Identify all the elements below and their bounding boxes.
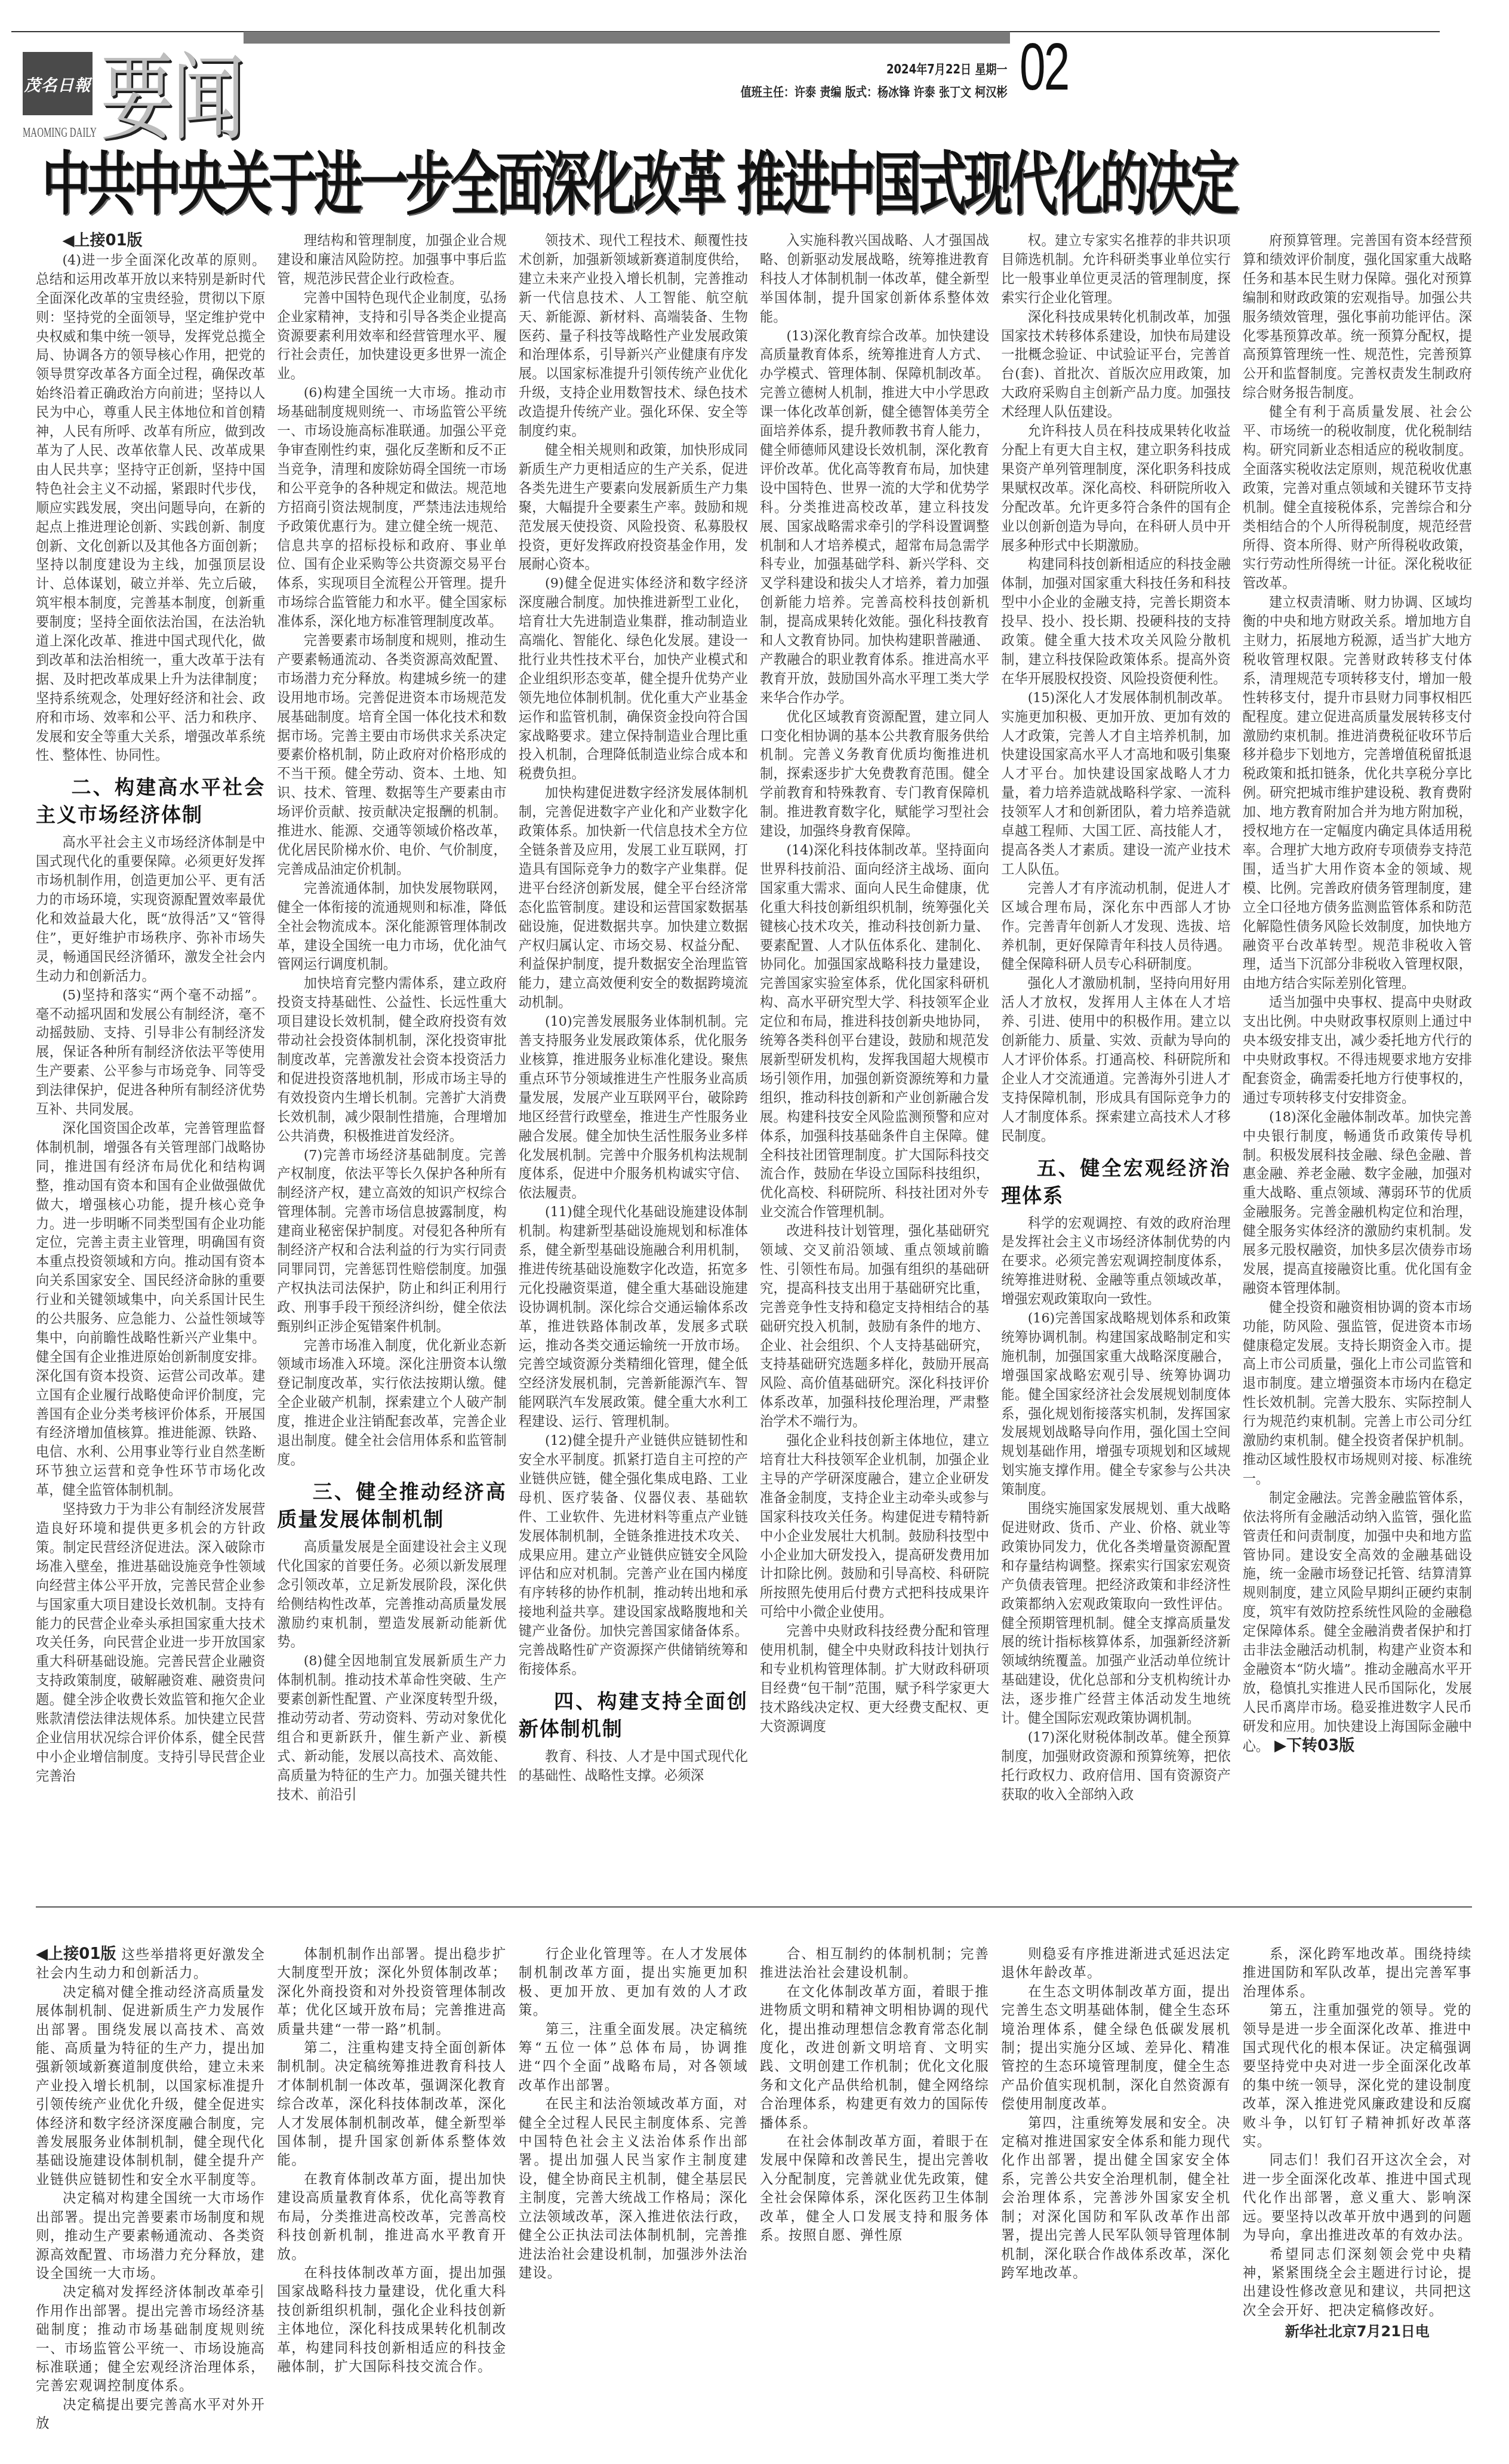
paragraph: 教育、科技、人才是中国式现代化的基础性、战略性支撑。必须深 [519, 1748, 748, 1786]
logo-english-name: MAOMING DAILY [23, 125, 93, 141]
paragraph: 科学的宏观调控、有效的政府治理是发挥社会主义市场经济体制优势的内在要求。必须完善… [1001, 1214, 1230, 1310]
paragraph-text: 加快构建促进数字经济发展体制机制，完善促进数字产业化和产业数字化政策体系。加快新… [519, 785, 748, 1010]
paragraph-text: 适当加强中央事权、提高中央财政支出比例。中央财政事权原则上通过中央本级安排支出，… [1243, 995, 1472, 1106]
paragraph-text: (5)坚持和落实“两个毫不动摇”。毫不动摇巩固和发展公有制经济，毫不动摇鼓励、支… [36, 988, 265, 1117]
paragraph-text: 权。建立专家实名推荐的非共识项目筛选机制。允许科研类事业单位实行比一般事业单位更… [1001, 233, 1230, 306]
paragraph: 系，深化跨军地改革。围绕持续推进国防和军队改革，提出完善军事治理体系。 [1243, 1945, 1472, 2001]
paragraph: 希望同志们深刻领会党中央精神，紧紧围绕全会主题进行讨论，提出建设性修改意见和建议… [1243, 2245, 1472, 2321]
paragraph: (11)健全现代化基础设施建设体制机制。构建新型基础设施规划和标准体系，健全新型… [519, 1203, 748, 1432]
paragraph-text: 合、相互制约的体制机制；完善推进法治社会建设机制。 [760, 1946, 989, 1980]
paragraph: (6)构建全国统一大市场。推动市场基础制度规则统一、市场监管公平统一、市场设施高… [277, 384, 506, 632]
paragraph-text: 允许科技人员在科技成果转化收益分配上有更大自主权，建立职务科技成果资产单列管理制… [1001, 423, 1230, 553]
issue-date: 2024年7月22日 星期一 [886, 60, 1008, 78]
paragraph: 在生态文明体制改革方面，提出完善生态文明基础体制，健全生态环境治理体系，健全绿色… [1001, 1983, 1230, 2114]
paragraph: 在教育体制改革方面，提出加快建设高质量教育体系，优化高等教育布局，分类推进高校改… [277, 2170, 506, 2264]
paragraph: 完善市场准入制度，优化新业态新领域市场准入环境。深化注册资本认缴登记制度改革，实… [277, 1337, 506, 1470]
paragraph: 决定稿对健全推动经济高质量发展体制机制、促进新质生产力发展作出部署。围绕发展以高… [36, 1983, 265, 2189]
paragraph-text: 完善中国特色现代企业制度，弘扬企业家精神，支持和引导各类企业提高资源要素利用效率… [277, 290, 506, 382]
paragraph: 完善人才有序流动机制，促进人才区域合理布局，深化东中西部人才协作。完善青年创新人… [1001, 879, 1230, 975]
paragraph: (7)完善市场经济基础制度。完善产权制度，依法平等长久保护各种所有制经济产权，建… [277, 1146, 506, 1337]
masthead-gray-bar [244, 32, 1010, 44]
paragraph: 允许科技人员在科技成果转化收益分配上有更大自主权，建立职务科技成果资产单列管理制… [1001, 422, 1230, 555]
paragraph: (10)完善发展服务业体制机制。完善支持服务业发展政策体系，优化服务业核算，推进… [519, 1013, 748, 1203]
paragraph-text: 建立权责清晰、财力协调、区域均衡的中央和地方财政关系。增加地方自主财力，拓展地方… [1243, 595, 1472, 991]
paragraph-text: 行企业化管理等。在人才发展体制机制改革方面，提出实施更加积极、更加开放、更加有效… [519, 1946, 748, 2018]
paragraph: 在民主和法治领域改革方面，对健全全过程人民民主制度体系、完善中国特色社会主义法治… [519, 2095, 748, 2282]
paragraph: 加快培育完整内需体系，建立政府投资支持基础性、公益性、长远性重大项目建设长效机制… [277, 974, 506, 1146]
section-title: 要闻 [100, 45, 243, 152]
paragraph: 第三，注重全面发展。决定稿统筹“五位一体”总体布局，协调推进“四个全面”战略布局… [519, 2020, 748, 2096]
paragraph: 在科技体制改革方面，提出加强国家战略科技力量建设，优化重大科技创新组织机制，强化… [277, 2264, 506, 2376]
paragraph-text: (9)健全促进实体经济和数字经济深度融合制度。加快推进新型工业化，培育壮大先进制… [519, 576, 748, 782]
paragraph-text: (18)深化金融体制改革。加快完善中央银行制度，畅通货币政策传导机制。积极发展科… [1243, 1109, 1472, 1296]
paragraph-text: (6)构建全国统一大市场。推动市场基础制度规则统一、市场监管公平统一、市场设施高… [277, 385, 506, 629]
paragraph: 健全投资和融资相协调的资本市场功能，防风险、强监管，促进资本市场健康稳定发展。支… [1243, 1299, 1472, 1489]
paragraph: 改进科技计划管理，强化基础研究领域、交叉前沿领域、重点领域前瞻性、引领性布局。加… [760, 1222, 989, 1432]
paragraph: 第二，注重构建支持全面创新体制机制。决定稿统筹推进教育科技人才体制机制一体改革，… [277, 2039, 506, 2170]
paragraph: (18)深化金融体制改革。加快完善中央银行制度，畅通货币政策传导机制。积极发展科… [1243, 1108, 1472, 1299]
paragraph-text: 完善人才有序流动机制，促进人才区域合理布局，深化东中西部人才协作。完善青年创新人… [1001, 881, 1230, 973]
paragraph-text: (10)完善发展服务业体制机制。完善支持服务业发展政策体系，优化服务业核算，推进… [519, 1014, 748, 1201]
paragraph-text: 系，深化跨军地改革。围绕持续推进国防和军队改革，提出完善军事治理体系。 [1243, 1946, 1472, 1999]
paragraph: 加快构建促进数字经济发展体制机制，完善促进数字产业化和产业数字化政策体系。加快新… [519, 784, 748, 1013]
paragraph: 入实施科教兴国战略、人才强国战略、创新驱动发展战略，统筹推进教育科技人才体制机制… [760, 232, 989, 327]
continued-from-label: ◀上接01版 [62, 232, 142, 250]
article-column: 入实施科教兴国战略、人才强国战略、创新驱动发展战略，统筹推进教育科技人才体制机制… [760, 232, 989, 1885]
paragraph: 制定金融法。完善金融监管体系，依法将所有金融活动纳入监管，强化监管责任和问责制度… [1243, 1489, 1472, 1757]
paragraph-text: 科学的宏观调控、有效的政府治理是发挥社会主义市场经济体制优势的内在要求。必须完善… [1001, 1216, 1230, 1308]
paragraph-text: 高质量发展是全面建设社会主义现代化国家的首要任务。必须以新发展理念引领改革，立足… [277, 1539, 506, 1650]
paragraph: 理结构和管理制度，加强企业合规建设和廉洁风险防控。加强事中事后监管，规范涉民营企… [277, 232, 506, 289]
continued-from-line: ◀上接01版 [36, 232, 265, 251]
article-column: 则稳妥有序推进渐进式延迟法定退休年龄改革。在生态文明体制改革方面，提出完善生态文… [1001, 1945, 1230, 2441]
paragraph-text: 完善中央财政科技经费分配和管理使用机制，健全中央财政科技计划执行和专业机构管理体… [760, 1623, 989, 1734]
paragraph: 权。建立专家实名推荐的非共识项目筛选机制。允许科研类事业单位实行比一般事业单位更… [1001, 232, 1230, 308]
paragraph: 行企业化管理等。在人才发展体制机制改革方面，提出实施更加积极、更加开放、更加有效… [519, 1945, 748, 2020]
paragraph: 优化区域教育资源配置，建立同人口变化相协调的基本公共教育服务供给机制。完善义务教… [760, 708, 989, 841]
paragraph-text: 完善流通体制，加快发展物联网，健全一体衔接的流通规则和标准，降低全社会物流成本。… [277, 881, 506, 973]
paragraph-text: 在社会体制改革方面，着眼于在发展中保障和改善民生，提出完善收入分配制度，完善就业… [760, 2134, 989, 2243]
lower-article: ◀上接01版 这些举措将更好激发全社会内生动力和创新活力。决定稿对健全推动经济高… [36, 1945, 1472, 2441]
paragraph: (13)深化教育综合改革。加快建设高质量教育体系，统筹推进育人方式、办学模式、管… [760, 327, 989, 708]
paragraph: ◀上接01版 这些举措将更好激发全社会内生动力和创新活力。 [36, 1945, 265, 1983]
paragraph: 健全有利于高质量发展、社会公平、市场统一的税收制度，优化税制结构。研究同新业态相… [1243, 403, 1472, 593]
paragraph-text: 在教育体制改革方面，提出加快建设高质量教育体系，优化高等教育布局，分类推进高校改… [277, 2171, 506, 2262]
paragraph-text: 制定金融法。完善金融监管体系，依法将所有金融活动纳入监管，强化监管责任和问责制度… [1243, 1490, 1472, 1754]
paragraph-text: 决定稿对健全推动经济高质量发展体制机制、促进新质生产力发展作出部署。围绕发展以高… [36, 1985, 265, 2188]
paragraph: 坚持致力于为非公有制经济发展营造良好环境和提供更多机会的方针政策。制定民营经济促… [36, 1500, 265, 1786]
paragraph-text: 第三，注重全面发展。决定稿统筹“五位一体”总体布局，协调推进“四个全面”战略布局… [519, 2022, 748, 2093]
paragraph: 合、相互制约的体制机制；完善推进法治社会建设机制。 [760, 1945, 989, 1983]
paragraph: (4)进一步全面深化改革的原则。总结和运用改革开放以来特别是新时代全面深化改革的… [36, 251, 265, 765]
paragraph: 府预算管理。完善国有资本经营预算和绩效评价制度，强化国家重大战略任务和基本民生财… [1243, 232, 1472, 403]
section-heading: 五、健全宏观经济治理体系 [1001, 1155, 1230, 1210]
paragraph-text: 强化人才激励机制，坚持向用好用活人才放权，发挥用人主体在人才培养、引进、使用中的… [1001, 976, 1230, 1143]
paragraph-text: 第四，注重统筹发展和安全。决定稿对推进国家安全体系和能力现代化作出部署，提出健全… [1001, 2115, 1230, 2281]
paragraph: 在社会体制改革方面，着眼于在发展中保障和改善民生，提出完善收入分配制度，完善就业… [760, 2133, 989, 2245]
continued-from-label: ◀上接01版 [36, 1945, 116, 1963]
paragraph: (5)坚持和落实“两个毫不动摇”。毫不动摇巩固和发展公有制经济，毫不动摇鼓励、支… [36, 986, 265, 1119]
paragraph: 完善流通体制，加快发展物联网，健全一体衔接的流通规则和标准，降低全社会物流成本。… [277, 879, 506, 975]
paragraph-text: 高水平社会主义市场经济体制是中国式现代化的重要保障。必须更好发挥市场机制作用，创… [36, 835, 265, 983]
paragraph: 决定稿提出要完善高水平对外开放 [36, 2396, 265, 2434]
section-heading: 三、健全推动经济高质量发展体制机制 [277, 1478, 506, 1533]
paragraph-text: 入实施科教兴国战略、人才强国战略、创新驱动发展战略，统筹推进教育科技人才体制机制… [760, 233, 989, 325]
paragraph-text: (12)健全提升产业链供应链韧性和安全水平制度。抓紧打造自主可控的产业链供应链，… [519, 1433, 748, 1677]
article-column: 理结构和管理制度，加强企业合规建设和廉洁风险防控。加强事中事后监管，规范涉民营企… [277, 232, 506, 1885]
paragraph: (16)完善国家战略规划体系和政策统筹协调机制。构建国家战略制定和实施机制，加强… [1001, 1309, 1230, 1500]
paragraph-text: 健全有利于高质量发展、社会公平、市场统一的税收制度，优化税制结构。研究同新业态相… [1243, 404, 1472, 591]
paragraph: 完善中央财政科技经费分配和管理使用机制，健全中央财政科技计划执行和专业机构管理体… [760, 1622, 989, 1736]
paragraph-text: 在科技体制改革方面，提出加强国家战略科技力量建设，优化重大科技创新组织机制，强化… [277, 2265, 506, 2374]
paragraph-text: 改进科技计划管理，强化基础研究领域、交叉前沿领域、重点领域前瞻性、引领性布局。加… [760, 1223, 989, 1429]
main-headline: 中共中央关于进一步全面深化改革 推进中国式现代化的决定 [42, 144, 1252, 223]
upper-article: ◀上接01版(4)进一步全面深化改革的原则。总结和运用改革开放以来特别是新时代全… [36, 232, 1472, 1885]
paragraph: 领技术、现代工程技术、颠覆性技术创新，加强新领域新赛道制度供给，建立未来产业投入… [519, 232, 748, 441]
paragraph-text: 完善市场准入制度，优化新业态新领域市场准入环境。深化注册资本认缴登记制度改革，实… [277, 1338, 506, 1468]
paragraph-text: (14)深化科技体制改革。坚持面向世界科技前沿、面向经济主战场、面向国家重大需求… [760, 842, 989, 1220]
paragraph-text: 在生态文明体制改革方面，提出完善生态文明基础体制，健全生态环境治理体系，健全绿色… [1001, 1984, 1230, 2112]
paragraph: 决定稿对发挥经济体制改革牵引作用作出部署。提出完善市场经济基础制度；推动市场基础… [36, 2283, 265, 2395]
paragraph: 围绕实施国家发展规划、重大战略促进财政、货币、产业、价格、就业等政策协同发力，优… [1001, 1500, 1230, 1728]
paragraph-text: 围绕实施国家发展规划、重大战略促进财政、货币、产业、价格、就业等政策协同发力，优… [1001, 1501, 1230, 1726]
paragraph-text: 决定稿对发挥经济体制改革牵引作用作出部署。提出完善市场经济基础制度；推动市场基础… [36, 2284, 265, 2394]
article-column: 权。建立专家实名推荐的非共识项目筛选机制。允许科研类事业单位实行比一般事业单位更… [1001, 232, 1230, 1885]
section-heading: 四、构建支持全面创新体制机制 [519, 1688, 748, 1743]
paragraph-text: (16)完善国家战略规划体系和政策统筹协调机制。构建国家战略制定和实施机制，加强… [1001, 1311, 1230, 1497]
continued-to-label: ▶下转03版 [1269, 1737, 1354, 1755]
paragraph-text: (17)深化财税体制改革。健全预算制度，加强财政资源和预算统筹，把依托行政权力、… [1001, 1730, 1230, 1802]
paragraph-text: 强化企业科技创新主体地位，建立培育壮大科技领军企业机制，加强企业主导的产学研深度… [760, 1433, 989, 1620]
paragraph-text: (13)深化教育综合改革。加快建设高质量教育体系，统筹推进育人方式、办学模式、管… [760, 328, 989, 706]
news-agency-byline: 新华社北京7月21日电 [1243, 2323, 1472, 2341]
paragraph-text: 领技术、现代工程技术、颠覆性技术创新，加强新领域新赛道制度供给，建立未来产业投入… [519, 233, 748, 439]
paragraph-text: 希望同志们深刻领会党中央精神，紧紧围绕全会主题进行讨论，提出建设性修改意见和建议… [1243, 2247, 1472, 2318]
paragraph-text: 健全投资和融资相协调的资本市场功能，防风险、强监管，促进资本市场健康稳定发展。支… [1243, 1300, 1472, 1487]
article-column: 系，深化跨军地改革。围绕持续推进国防和军队改革，提出完善军事治理体系。第五，注重… [1243, 1945, 1472, 2441]
paragraph-text: 第五，注重加强党的领导。党的领导是进一步全面深化改革、推进中国式现代化的根本保证… [1243, 2002, 1472, 2149]
paragraph: 完善要素市场制度和规则，推动生产要素畅通流动、各类资源高效配置、市场潜力充分释放… [277, 632, 506, 879]
paragraph-text: (15)深化人才发展体制机制改革。实施更加积极、更加开放、更加有效的人才政策，完… [1001, 690, 1230, 877]
paragraph: 构建同科技创新相适应的科技金融体制，加强对国家重大科技任务和科技型中小企业的金融… [1001, 555, 1230, 688]
newspaper-logo: 茂名日報 [23, 52, 93, 115]
article-column: 体制机制作出部署。提出稳步扩大制度型开放；深化外贸体制改革；深化外商投资和对外投… [277, 1945, 506, 2441]
paragraph-text: 决定稿提出要完善高水平对外开放 [36, 2397, 265, 2431]
paragraph: 健全相关规则和政策，加快形成同新质生产力更相适应的生产关系，促进各类先进生产要素… [519, 441, 748, 574]
paragraph-text: 在文化体制改革方面，着眼于推进物质文明和精神文明相协调的现代化，提出推动理想信念… [760, 1984, 989, 2131]
paragraph: 高质量发展是全面建设社会主义现代化国家的首要任务。必须以新发展理念引领改革，立足… [277, 1538, 506, 1652]
paragraph-text: 理结构和管理制度，加强企业合规建设和廉洁风险防控。加强事中事后监管，规范涉民营企… [277, 233, 506, 287]
paragraph-text: 府预算管理。完善国有资本经营预算和绩效评价制度，强化国家重大战略任务和基本民生财… [1243, 233, 1472, 401]
paragraph: 完善中国特色现代企业制度，弘扬企业家精神，支持和引导各类企业提高资源要素利用效率… [277, 289, 506, 384]
paragraph: 强化人才激励机制，坚持向用好用活人才放权，发挥用人主体在人才培养、引进、使用中的… [1001, 974, 1230, 1146]
section-heading: 二、构建高水平社会主义市场经济体制 [36, 774, 265, 829]
editors-credit: 值班主任：许泰 责编 版式：杨冰锋 许泰 张丁文 柯汉彬 [741, 82, 1008, 100]
paragraph-text: (8)健全因地制宜发展新质生产力体制机制。推动技术革命性突破、生产要素创新性配置… [277, 1653, 506, 1802]
paragraph-text: 坚持致力于为非公有制经济发展营造良好环境和提供更多机会的方针政策。制定民营经济促… [36, 1502, 265, 1784]
paragraph-text: 第二，注重构建支持全面创新体制机制。决定稿统筹推进教育科技人才体制机制一体改革，… [277, 2040, 506, 2168]
paragraph-text: 同志们！我们召开这次全会，对进一步全面深化改革、推进中国式现代化作出部署，意义重… [1243, 2152, 1472, 2243]
paragraph: 第五，注重加强党的领导。党的领导是进一步全面深化改革、推进中国式现代化的根本保证… [1243, 2001, 1472, 2151]
paragraph-text: 优化区域教育资源配置，建立同人口变化相协调的基本公共教育服务供给机制。完善义务教… [760, 709, 989, 839]
paragraph-text: 完善要素市场制度和规则，推动生产要素畅通流动、各类资源高效配置、市场潜力充分释放… [277, 633, 506, 877]
paragraph: 在文化体制改革方面，着眼于推进物质文明和精神文明相协调的现代化，提出推动理想信念… [760, 1983, 989, 2133]
paragraph: (8)健全因地制宜发展新质生产力体制机制。推动技术革命性突破、生产要素创新性配置… [277, 1652, 506, 1804]
article-column: ◀上接01版(4)进一步全面深化改革的原则。总结和运用改革开放以来特别是新时代全… [36, 232, 265, 1885]
paragraph-text: 加快培育完整内需体系，建立政府投资支持基础性、公益性、长远性重大项目建设长效机制… [277, 976, 506, 1143]
paragraph: (17)深化财税体制改革。健全预算制度，加强财政资源和预算统筹，把依托行政权力、… [1001, 1728, 1230, 1805]
page-number: 02 [1020, 31, 1068, 103]
article-column: 领技术、现代工程技术、颠覆性技术创新，加强新领域新赛道制度供给，建立未来产业投入… [519, 232, 748, 1885]
paragraph: (14)深化科技体制改革。坚持面向世界科技前沿、面向经济主战场、面向国家重大需求… [760, 841, 989, 1222]
paragraph: (9)健全促进实体经济和数字经济深度融合制度。加快推进新型工业化，培育壮大先进制… [519, 574, 748, 784]
section-divider [36, 1906, 1472, 1908]
paragraph-text: 决定稿对构建全国统一大市场作出部署。提出完善要素市场制度和规则，推动生产要素畅通… [36, 2191, 265, 2281]
paragraph: 决定稿对构建全国统一大市场作出部署。提出完善要素市场制度和规则，推动生产要素畅通… [36, 2189, 265, 2283]
paragraph: 适当加强中央事权、提高中央财政支出比例。中央财政事权原则上通过中央本级安排支出，… [1243, 993, 1472, 1108]
paragraph: 则稳妥有序推进渐进式延迟法定退休年龄改革。 [1001, 1945, 1230, 1983]
paragraph-text: 教育、科技、人才是中国式现代化的基础性、战略性支撑。必须深 [519, 1749, 748, 1783]
paragraph-text: 体制机制作出部署。提出稳步扩大制度型开放；深化外贸体制改革；深化外商投资和对外投… [277, 1946, 506, 2037]
paragraph-text: 深化科技成果转化机制改革，加强国家技术转移体系建设，加快布局建设一批概念验证、中… [1001, 309, 1230, 420]
paragraph-text: 则稳妥有序推进渐进式延迟法定退休年龄改革。 [1001, 1946, 1230, 1980]
paragraph: 深化国资国企改革，完善管理监督体制机制，增强各有关管理部门战略协同，推进国有经济… [36, 1119, 265, 1500]
logo-chinese-name: 茂名日報 [24, 72, 91, 96]
paragraph: 体制机制作出部署。提出稳步扩大制度型开放；深化外贸体制改革；深化外商投资和对外投… [277, 1945, 506, 2039]
paragraph: 深化科技成果转化机制改革，加强国家技术转移体系建设，加快布局建设一批概念验证、中… [1001, 308, 1230, 422]
paragraph: 高水平社会主义市场经济体制是中国式现代化的重要保障。必须更好发挥市场机制作用，创… [36, 833, 265, 986]
article-column: 行企业化管理等。在人才发展体制机制改革方面，提出实施更加积极、更加开放、更加有效… [519, 1945, 748, 2441]
article-column: 合、相互制约的体制机制；完善推进法治社会建设机制。在文化体制改革方面，着眼于推进… [760, 1945, 989, 2441]
paragraph: (15)深化人才发展体制机制改革。实施更加积极、更加开放、更加有效的人才政策，完… [1001, 689, 1230, 879]
paragraph-text: (4)进一步全面深化改革的原则。总结和运用改革开放以来特别是新时代全面深化改革的… [36, 253, 265, 764]
paragraph: (12)健全提升产业链供应链韧性和安全水平制度。抓紧打造自主可控的产业链供应链，… [519, 1432, 748, 1679]
paragraph-text: (11)健全现代化基础设施建设体制机制。构建新型基础设施规划和标准体系，健全新型… [519, 1204, 748, 1429]
paragraph-text: 深化国资国企改革，完善管理监督体制机制，增强各有关管理部门战略协同，推进国有经济… [36, 1121, 265, 1498]
paragraph: 同志们！我们召开这次全会，对进一步全面深化改革、推进中国式现代化作出部署，意义重… [1243, 2151, 1472, 2245]
paragraph-text: (7)完善市场经济基础制度。完善产权制度，依法平等长久保护各种所有制经济产权，建… [277, 1148, 506, 1334]
paragraph: 强化企业科技创新主体地位，建立培育壮大科技领军企业机制，加强企业主导的产学研深度… [760, 1432, 989, 1622]
paragraph: 第四，注重统筹发展和安全。决定稿对推进国家安全体系和能力现代化作出部署，提出健全… [1001, 2114, 1230, 2283]
paragraph-text: 健全相关规则和政策，加快形成同新质生产力更相适应的生产关系，促进各类先进生产要素… [519, 442, 748, 572]
article-column: 府预算管理。完善国有资本经营预算和绩效评价制度，强化国家重大战略任务和基本民生财… [1243, 232, 1472, 1885]
paragraph: 建立权责清晰、财力协调、区域均衡的中央和地方财政关系。增加地方自主财力，拓展地方… [1243, 593, 1472, 993]
article-column: ◀上接01版 这些举措将更好激发全社会内生动力和创新活力。决定稿对健全推动经济高… [36, 1945, 265, 2441]
paragraph-text: 在民主和法治领域改革方面，对健全全过程人民民主制度体系、完善中国特色社会主义法治… [519, 2096, 748, 2281]
paragraph-text: 构建同科技创新相适应的科技金融体制，加强对国家重大科技任务和科技型中小企业的金融… [1001, 556, 1230, 686]
